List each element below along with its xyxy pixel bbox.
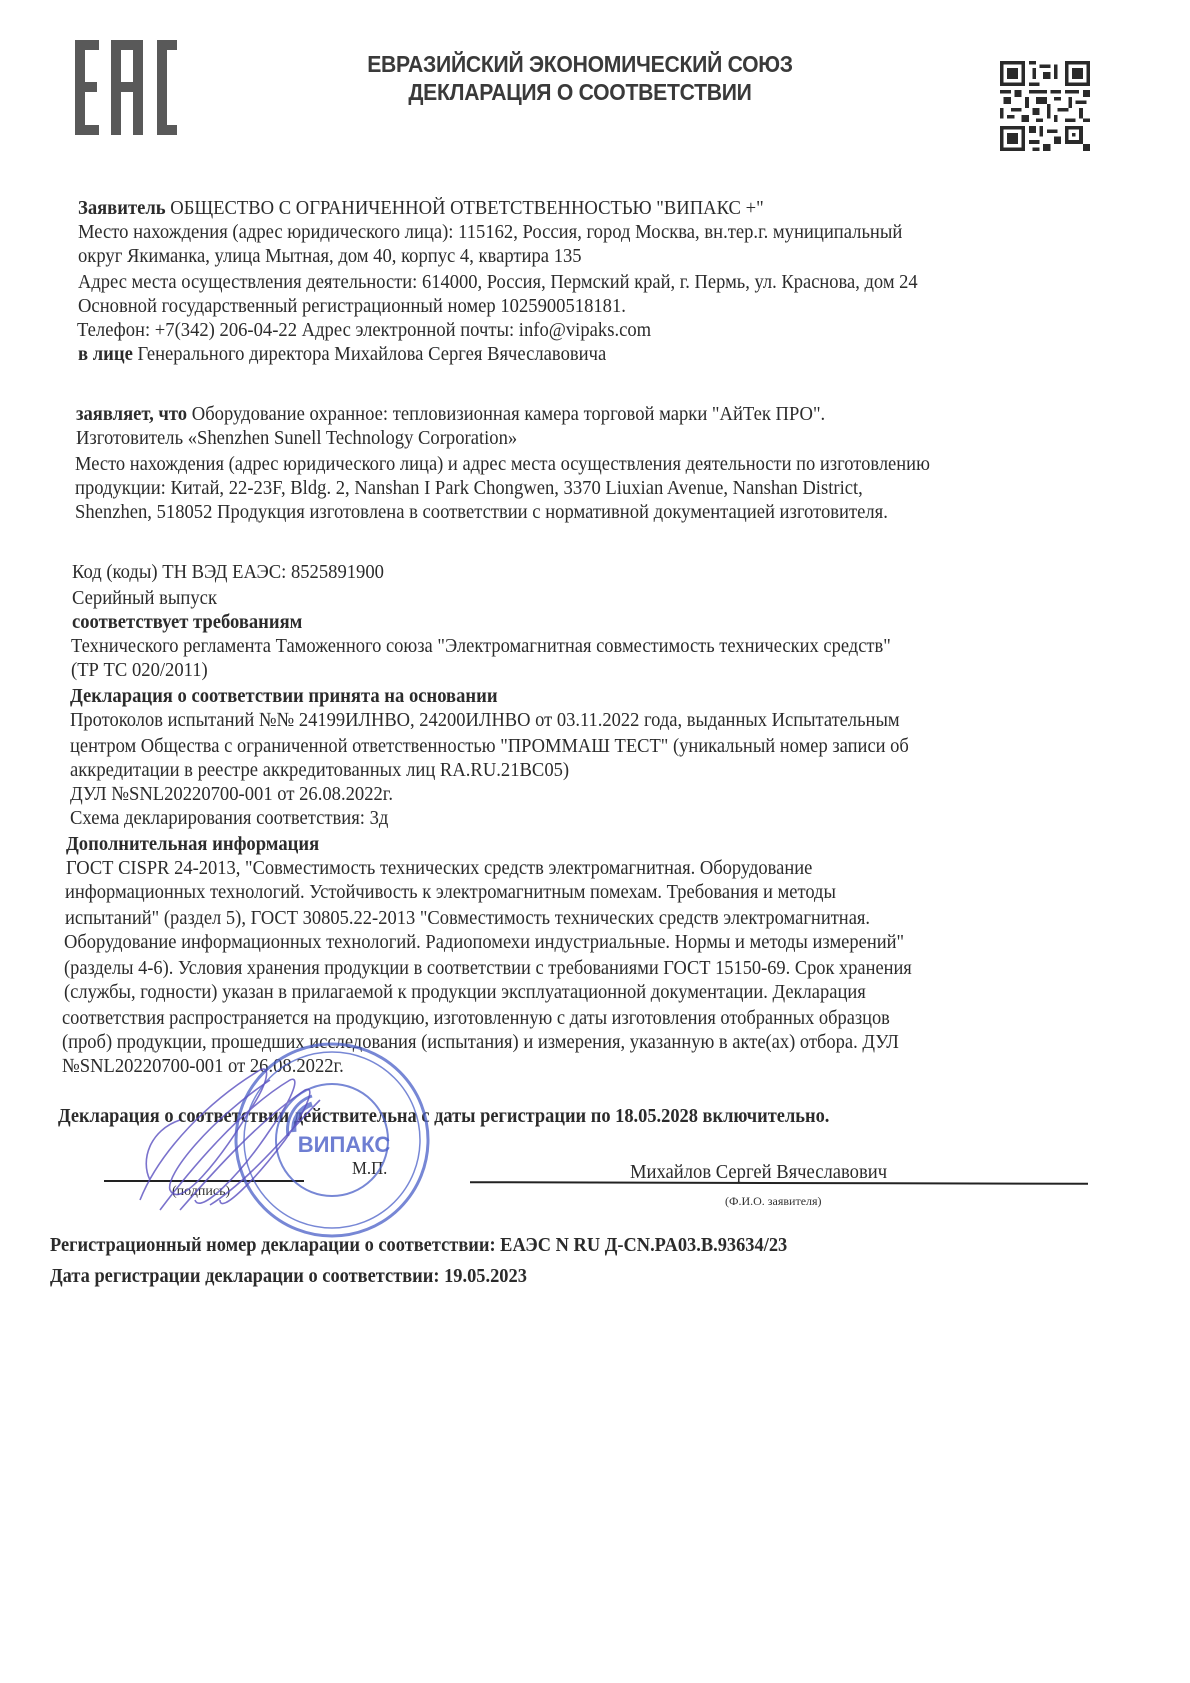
basis-line-3: аккредитации в реестре аккредитованных л…: [70, 758, 569, 782]
basis-heading: Декларация о соответствии принята на осн…: [70, 684, 498, 708]
additional-heading-text: Дополнительная информация: [66, 833, 319, 855]
basis-line-2: центром Общества с ограниченной ответств…: [70, 734, 909, 758]
additional-line: (службы, годности) указан в прилагаемой …: [64, 980, 866, 1004]
additional-line: (разделы 4-6). Условия хранения продукци…: [64, 956, 912, 980]
additional-line: Оборудование информационных технологий. …: [64, 930, 904, 954]
activity-address: Адрес места осуществления деятельности: …: [78, 270, 918, 294]
applicant-label: Заявитель: [78, 197, 166, 219]
legal-address-1: Место нахождения (адрес юридического лиц…: [78, 220, 902, 244]
product: Оборудование охранное: тепловизионная ка…: [192, 403, 825, 425]
basis-line-4: ДУЛ №SNL20220700-001 от 26.08.2022г.: [70, 782, 393, 806]
registration-date: Дата регистрации декларации о соответств…: [50, 1264, 527, 1288]
registration-date-text: Дата регистрации декларации о соответств…: [50, 1265, 527, 1287]
applicant-name: ОБЩЕСТВО С ОГРАНИЧЕННОЙ ОТВЕТСТВЕННОСТЬЮ…: [170, 197, 763, 219]
declares-line: заявляет, что Оборудование охранное: теп…: [76, 402, 825, 426]
additional-line: испытаний" (раздел 5), ГОСТ 30805.22-201…: [65, 906, 870, 930]
manufacturer: Изготовитель «Shenzhen Sunell Technology…: [76, 426, 517, 450]
represented-by-line: в лице Генерального директора Михайлова …: [78, 342, 606, 366]
ogrn: Основной государственный регистрационный…: [78, 294, 626, 318]
signer-caption: (Ф.И.О. заявителя): [725, 1194, 822, 1209]
additional-line: информационных технологий. Устойчивость …: [65, 880, 836, 904]
basis-line-5: Схема декларирования соответствия: 3д: [70, 806, 388, 830]
additional-heading: Дополнительная информация: [66, 832, 319, 856]
requirements-heading: соответствует требованиям: [72, 610, 302, 634]
manufacturer-address-2: продукции: Китай, 22-23F, Bldg. 2, Nansh…: [75, 476, 863, 500]
manufacturer-address-3: Shenzhen, 518052 Продукция изготовлена в…: [75, 500, 888, 524]
requirements-line-1: Технического регламента Таможенного союз…: [71, 634, 891, 658]
represented-by: Генерального директора Михайлова Сергея …: [137, 343, 606, 365]
title-declaration: ДЕКЛАРАЦИЯ О СООТВЕТСТВИИ: [258, 78, 902, 106]
manufacturer-address-1: Место нахождения (адрес юридического лиц…: [75, 452, 930, 476]
tn-ved-code: Код (коды) ТН ВЭД ЕАЭС: 8525891900: [72, 560, 384, 584]
title-union: ЕВРАЗИЙСКИЙ ЭКОНОМИЧЕСКИЙ СОЮЗ: [258, 50, 902, 78]
signer-name: Михайлов Сергей Вячеславович: [630, 1160, 887, 1184]
requirements-line-2: (ТР ТС 020/2011): [71, 658, 208, 682]
production-type: Серийный выпуск: [72, 586, 217, 610]
document-title: ЕВРАЗИЙСКИЙ ЭКОНОМИЧЕСКИЙ СОЮЗ ДЕКЛАРАЦИ…: [258, 50, 902, 106]
legal-address-2: округ Якиманка, улица Мытная, дом 40, ко…: [78, 244, 582, 268]
contacts: Телефон: +7(342) 206-04-22 Адрес электро…: [77, 318, 651, 342]
applicant-line: Заявитель ОБЩЕСТВО С ОГРАНИЧЕННОЙ ОТВЕТС…: [78, 196, 764, 220]
requirements-heading-text: соответствует требованиям: [72, 611, 302, 633]
qr-code-icon: [1000, 60, 1090, 152]
declares-label: заявляет, что: [76, 403, 187, 425]
basis-line-1: Протоколов испытаний №№ 24199ИЛНВО, 2420…: [70, 708, 900, 732]
signature-icon: [120, 1060, 380, 1220]
additional-line: (проб) продукции, прошедших исследования…: [62, 1030, 899, 1054]
additional-line: соответствия распространяется на продукц…: [62, 1006, 890, 1030]
eac-logo-icon: [75, 40, 175, 135]
represented-label: в лице: [78, 343, 133, 365]
additional-line: ГОСТ CISPR 24-2013, "Совместимость техни…: [66, 856, 812, 880]
basis-heading-text: Декларация о соответствии принята на осн…: [70, 685, 498, 707]
